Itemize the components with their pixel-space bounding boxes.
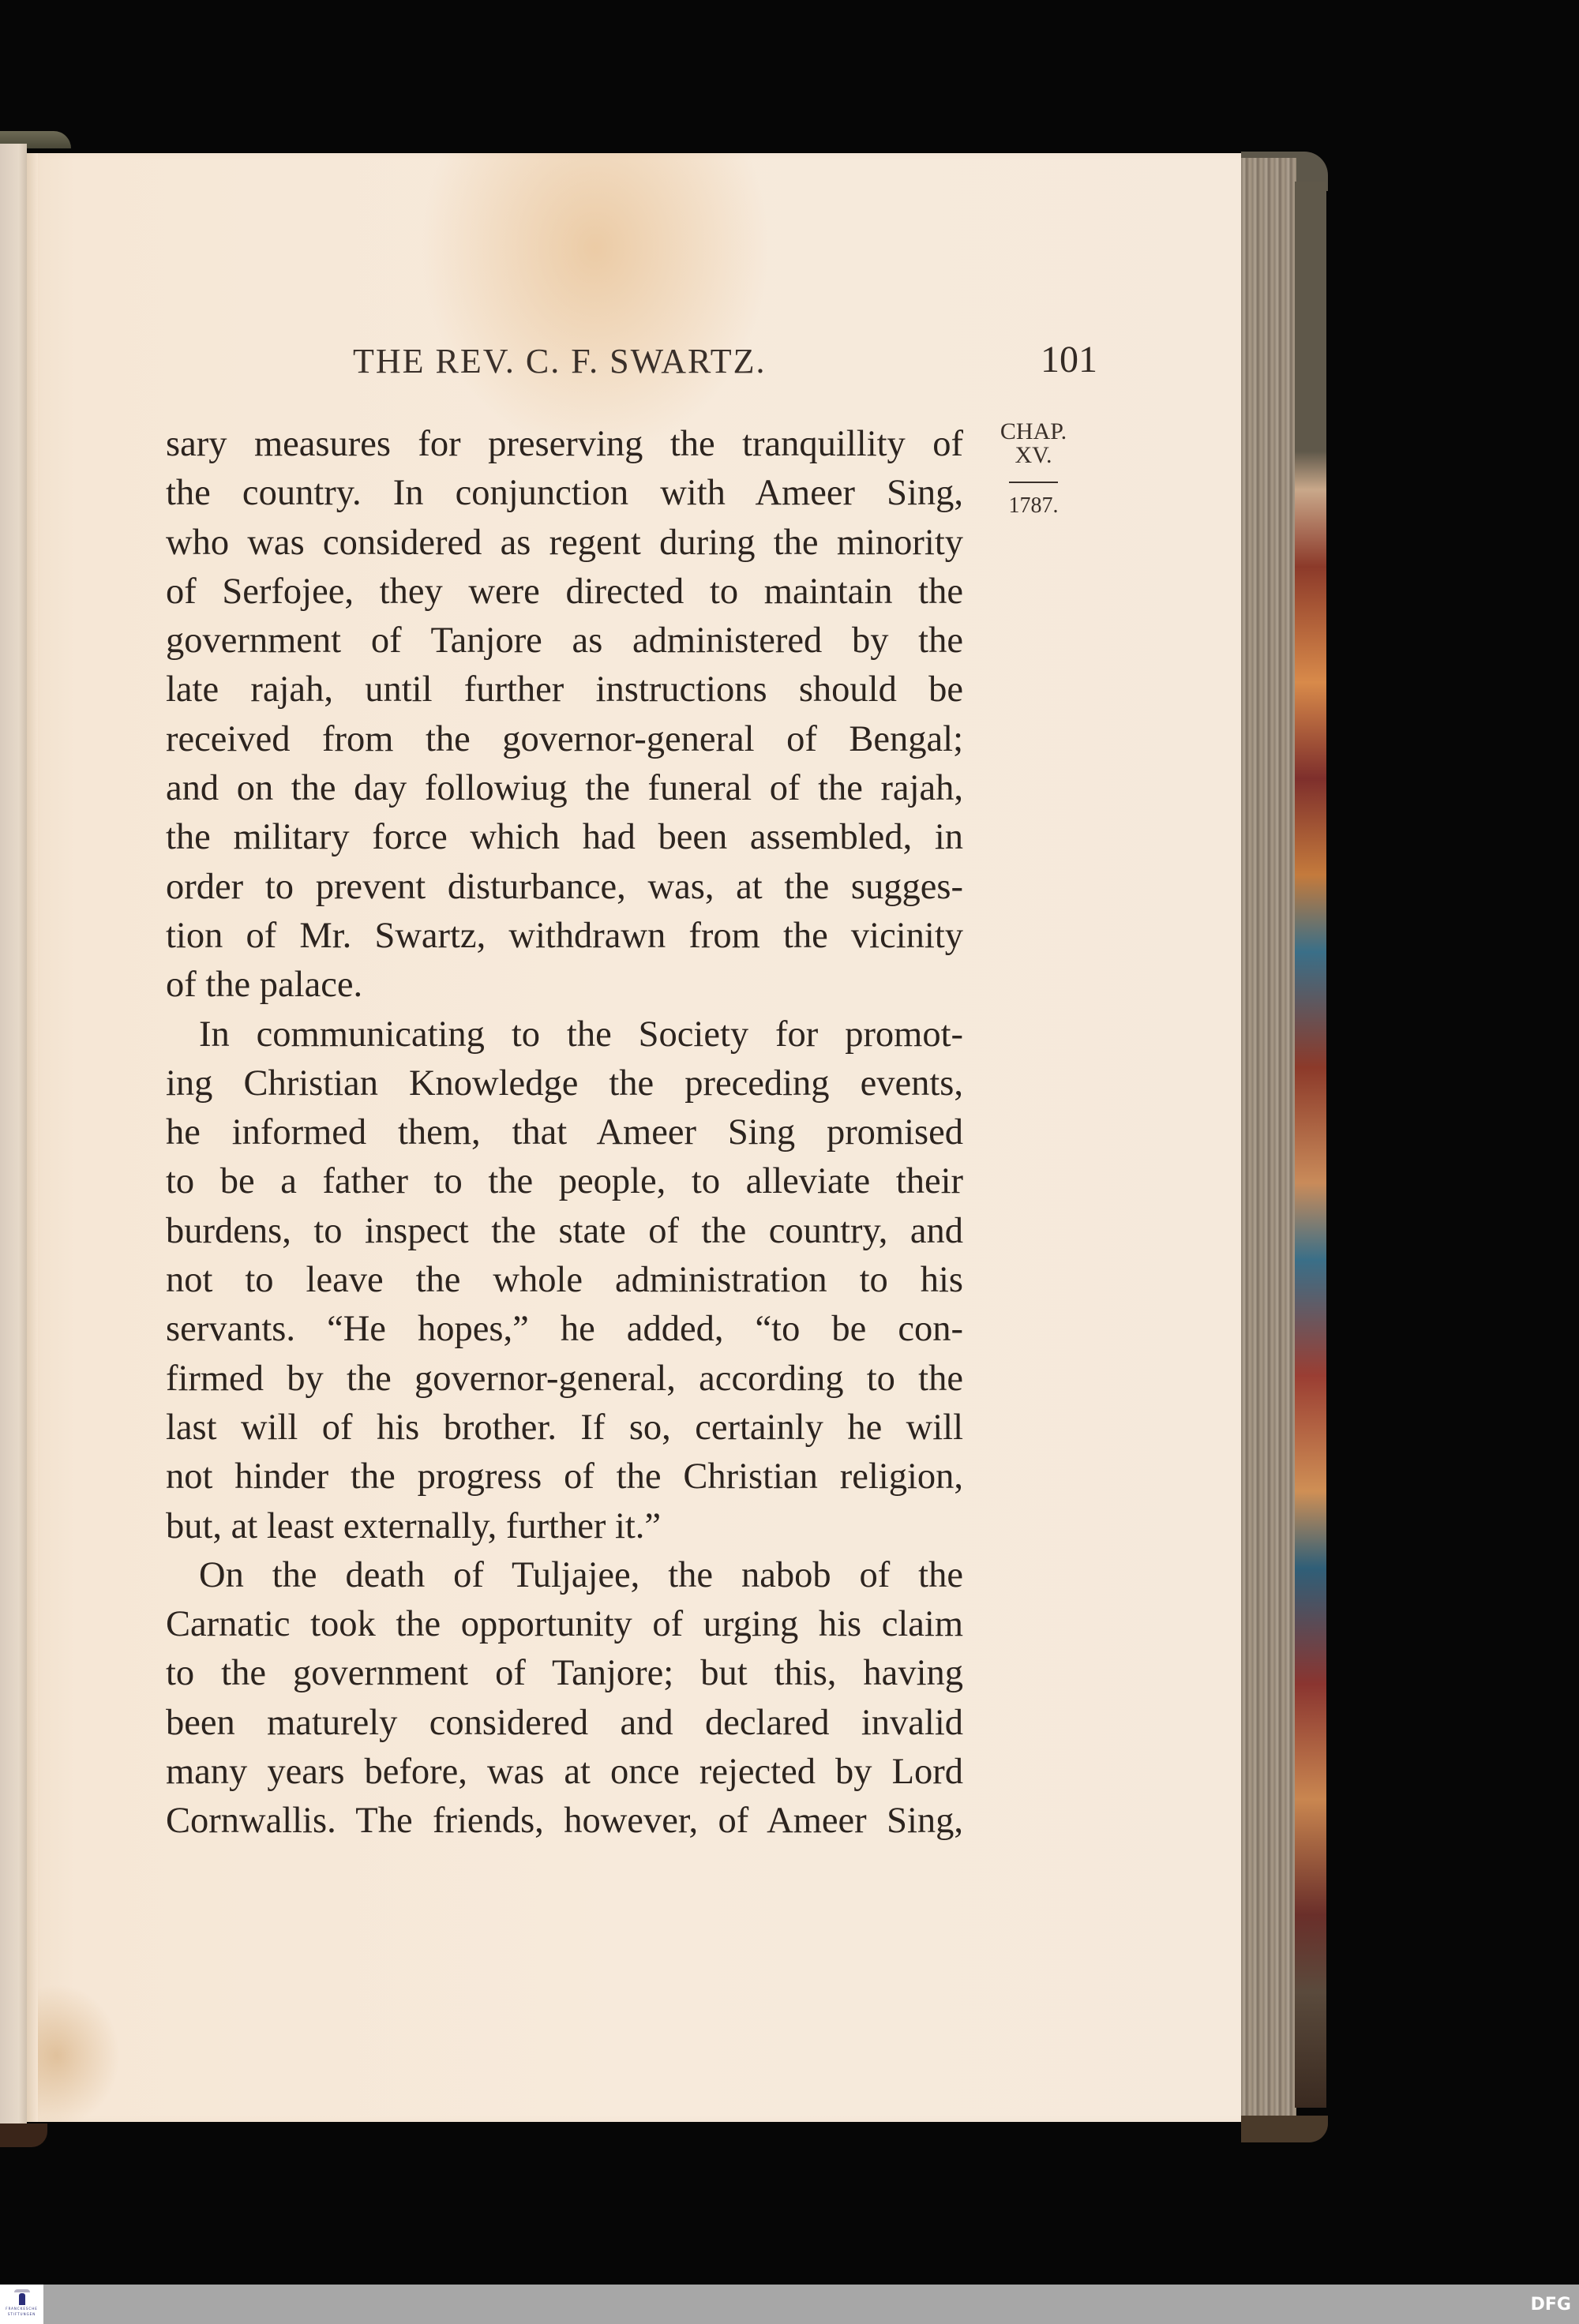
text-line: been maturely considered and declared in… — [166, 1699, 963, 1748]
scan-background: THE REV. C. F. SWARTZ. 101 CHAP. XV. 178… — [0, 0, 1579, 2285]
text-line: Carnatic took the opportunity of urging … — [166, 1600, 963, 1649]
text-line: of Serfojee, they were directed to maint… — [166, 568, 963, 617]
franckesche-stiftungen-logo[interactable]: FRANCKESCHE STIFTUNGEN — [0, 2285, 43, 2324]
gutter-fold — [27, 153, 38, 2122]
text-line: to be a father to the people, to allevia… — [166, 1157, 963, 1206]
book-cover-corner-bottom — [1241, 2116, 1328, 2142]
facing-page-edge — [0, 144, 27, 2125]
text-line: to the government of Tanjore; but this, … — [166, 1649, 963, 1698]
chapter-label: CHAP. — [990, 420, 1077, 444]
text-line: ing Christian Knowledge the preceding ev… — [166, 1059, 963, 1108]
text-line: but, at least externally, further it.” — [166, 1502, 963, 1551]
text-line: he informed them, that Ameer Sing promis… — [166, 1108, 963, 1157]
text-line: not to leave the whole administration to… — [166, 1256, 963, 1305]
logo-text-line-2: STIFTUNGEN — [8, 2312, 36, 2316]
running-head: THE REV. C. F. SWARTZ. — [353, 341, 767, 381]
margin-year: 1787. — [990, 494, 1077, 518]
text-line: the military force which had been assemb… — [166, 813, 963, 862]
text-line: late rajah, until further instructions s… — [166, 665, 963, 714]
text-line: Cornwallis. The friends, however, of Ame… — [166, 1797, 963, 1846]
marbled-cover-edge — [1295, 182, 1326, 2108]
body-text: sary measures for preserving the tranqui… — [166, 420, 963, 1846]
text-line: many years before, was at once rejected … — [166, 1748, 963, 1797]
text-line: order to prevent disturbance, was, at th… — [166, 863, 963, 912]
text-line: received from the governor-general of Be… — [166, 715, 963, 764]
text-line: of the palace. — [166, 961, 963, 1010]
left-book-cover-bottom — [0, 2123, 47, 2147]
franckesche-stiftungen-logo-icon — [17, 2289, 28, 2305]
margin-note: CHAP. XV. 1787. — [990, 420, 1077, 518]
text-line: the country. In conjunction with Ameer S… — [166, 469, 963, 518]
footer-bar: FRANCKESCHE STIFTUNGEN DFG — [0, 2285, 1579, 2324]
chapter-number: XV. — [990, 444, 1077, 467]
text-line: In communicating to the Society for prom… — [166, 1010, 963, 1059]
logo-text-line-1: FRANCKESCHE — [6, 2307, 37, 2311]
margin-rule — [1009, 482, 1058, 483]
text-line: sary measures for preserving the tranqui… — [166, 420, 963, 469]
text-line: government of Tanjore as administered by… — [166, 617, 963, 665]
text-line: servants. “He hopes,” he added, “to be c… — [166, 1305, 963, 1354]
text-line: On the death of Tuljajee, the nabob of t… — [166, 1551, 963, 1600]
text-line: last will of his brother. If so, certain… — [166, 1404, 963, 1452]
dfg-logo[interactable]: DFG — [1531, 2295, 1571, 2315]
text-line: who was considered as regent during the … — [166, 519, 963, 568]
text-line: and on the day followiug the funeral of … — [166, 764, 963, 813]
page-number: 101 — [1041, 338, 1097, 381]
text-line: firmed by the governor-general, accordin… — [166, 1355, 963, 1404]
page-stack-fore-edge — [1241, 158, 1296, 2123]
text-line: burdens, to inspect the state of the cou… — [166, 1207, 963, 1256]
text-line: tion of Mr. Swartz, withdrawn from the v… — [166, 912, 963, 961]
text-line: not hinder the progress of the Christian… — [166, 1452, 963, 1501]
